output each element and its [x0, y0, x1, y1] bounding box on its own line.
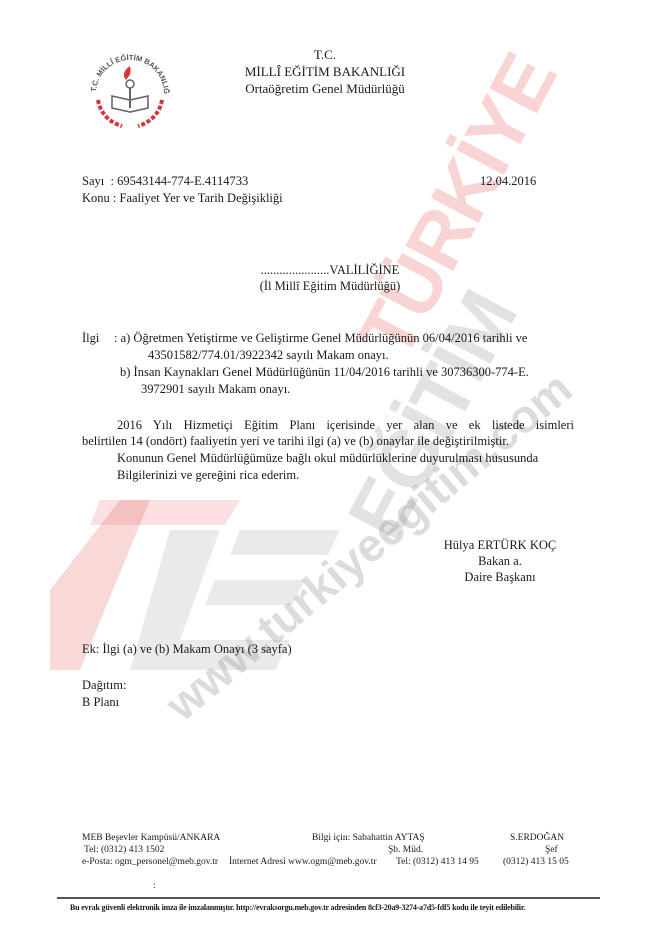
document-date: 12.04.2016 [480, 173, 536, 189]
letterhead: T.C. MİLLÎ EĞİTİM BAKANLIĞI Ortaöğretim … [200, 46, 450, 97]
signature-block: Hülya ERTÜRK KOÇ Bakan a. Daire Başkanı [425, 537, 575, 585]
distribution-value: B Planı [82, 694, 119, 710]
ilgi-b-line2: 3972901 sayılı Makam onayı. [141, 381, 290, 397]
konu-value: : Faaliyet Yer ve Tarih Değişikliği [113, 191, 283, 205]
footer-divider [57, 897, 600, 899]
letterhead-tc: T.C. [200, 46, 450, 63]
sayi-value: : 69543144-774-E.4114733 [110, 174, 248, 188]
body-p2-line1: Konunun Genel Müdürlüğümüze bağlı okul m… [117, 450, 538, 466]
footer-contact-tel: (0312) 413 15 05 [503, 856, 569, 868]
ilgi-label: İlgi [82, 330, 99, 346]
sayi-label: Sayı [82, 174, 104, 188]
letterhead-ministry: MİLLÎ EĞİTİM BAKANLIĞI [200, 63, 450, 80]
distribution-label: Dağıtım: [82, 677, 126, 693]
body-p1-line1: 2016 Yılı Hizmetiçi Eğitim Planı içerisi… [117, 417, 574, 433]
footer-verification: Bu evrak güvenli elektronik imza ile imz… [70, 903, 525, 912]
body-p2-line2: Bilgilerinizi ve gereğini rica ederim. [117, 467, 299, 483]
document-number: Sayı : 69543144-774-E.4114733 [82, 173, 248, 189]
footer-info-title: Şb. Müd. [388, 844, 423, 856]
official-letter: T.C. MİLLÎ EĞİTİM BAKANLIĞI T.C. MİLLÎ E… [0, 0, 660, 934]
footer-contact-title: Şef [545, 844, 558, 856]
footer-info-tel: Tel: (0312) 413 14 95 [396, 856, 479, 868]
ilgi-a-line2: 43501582/774.01/3922342 sayılı Makam ona… [148, 347, 389, 363]
document-subject: Konu : Faaliyet Yer ve Tarih Değişikliği [82, 190, 283, 206]
letterhead-directorate: Ortaöğretim Genel Müdürlüğü [200, 80, 450, 97]
footer-email: e-Posta: ogm_personel@meb.gov.tr [82, 856, 218, 868]
meb-emblem-icon: T.C. MİLLÎ EĞİTİM BAKANLIĞI [84, 42, 176, 134]
footer-address: MEB Beşevler Kampüsü/ANKARA [82, 832, 220, 844]
addressee-line1: ......................VALİLİĞİNE [200, 262, 460, 278]
ilgi-a-line1: : a) Öğretmen Yetiştirme ve Geliştirme G… [114, 330, 527, 346]
footer-tel: Tel: (0312) 413 1502 [84, 844, 164, 856]
attachment-line: Ek: İlgi (a) ve (b) Makam Onayı (3 sayfa… [82, 641, 292, 657]
signatory-name: Hülya ERTÜRK KOÇ [425, 537, 575, 553]
konu-label: Konu [82, 191, 110, 205]
signatory-title: Daire Başkanı [425, 569, 575, 585]
addressee-line2: (İl Millî Eğitim Müdürlüğü) [200, 278, 460, 294]
footer-internet: İnternet Adresi www.ogm@meb.gov.tr [229, 856, 377, 868]
signatory-on-behalf: Bakan a. [425, 553, 575, 569]
footer-contact-name: S.ERDOĞAN [510, 832, 564, 844]
addressee: ......................VALİLİĞİNE (İl Mil… [200, 262, 460, 294]
footer-info-label: Bilgi için: Sabahattin AYTAŞ [312, 832, 425, 844]
ilgi-b-line1: b) İnsan Kaynakları Genel Müdürlüğünün 1… [120, 364, 529, 380]
footer-colon: : [153, 880, 156, 892]
body-p1-line2: belirtilen 14 (ondört) faaliyetin yeri v… [82, 433, 509, 449]
